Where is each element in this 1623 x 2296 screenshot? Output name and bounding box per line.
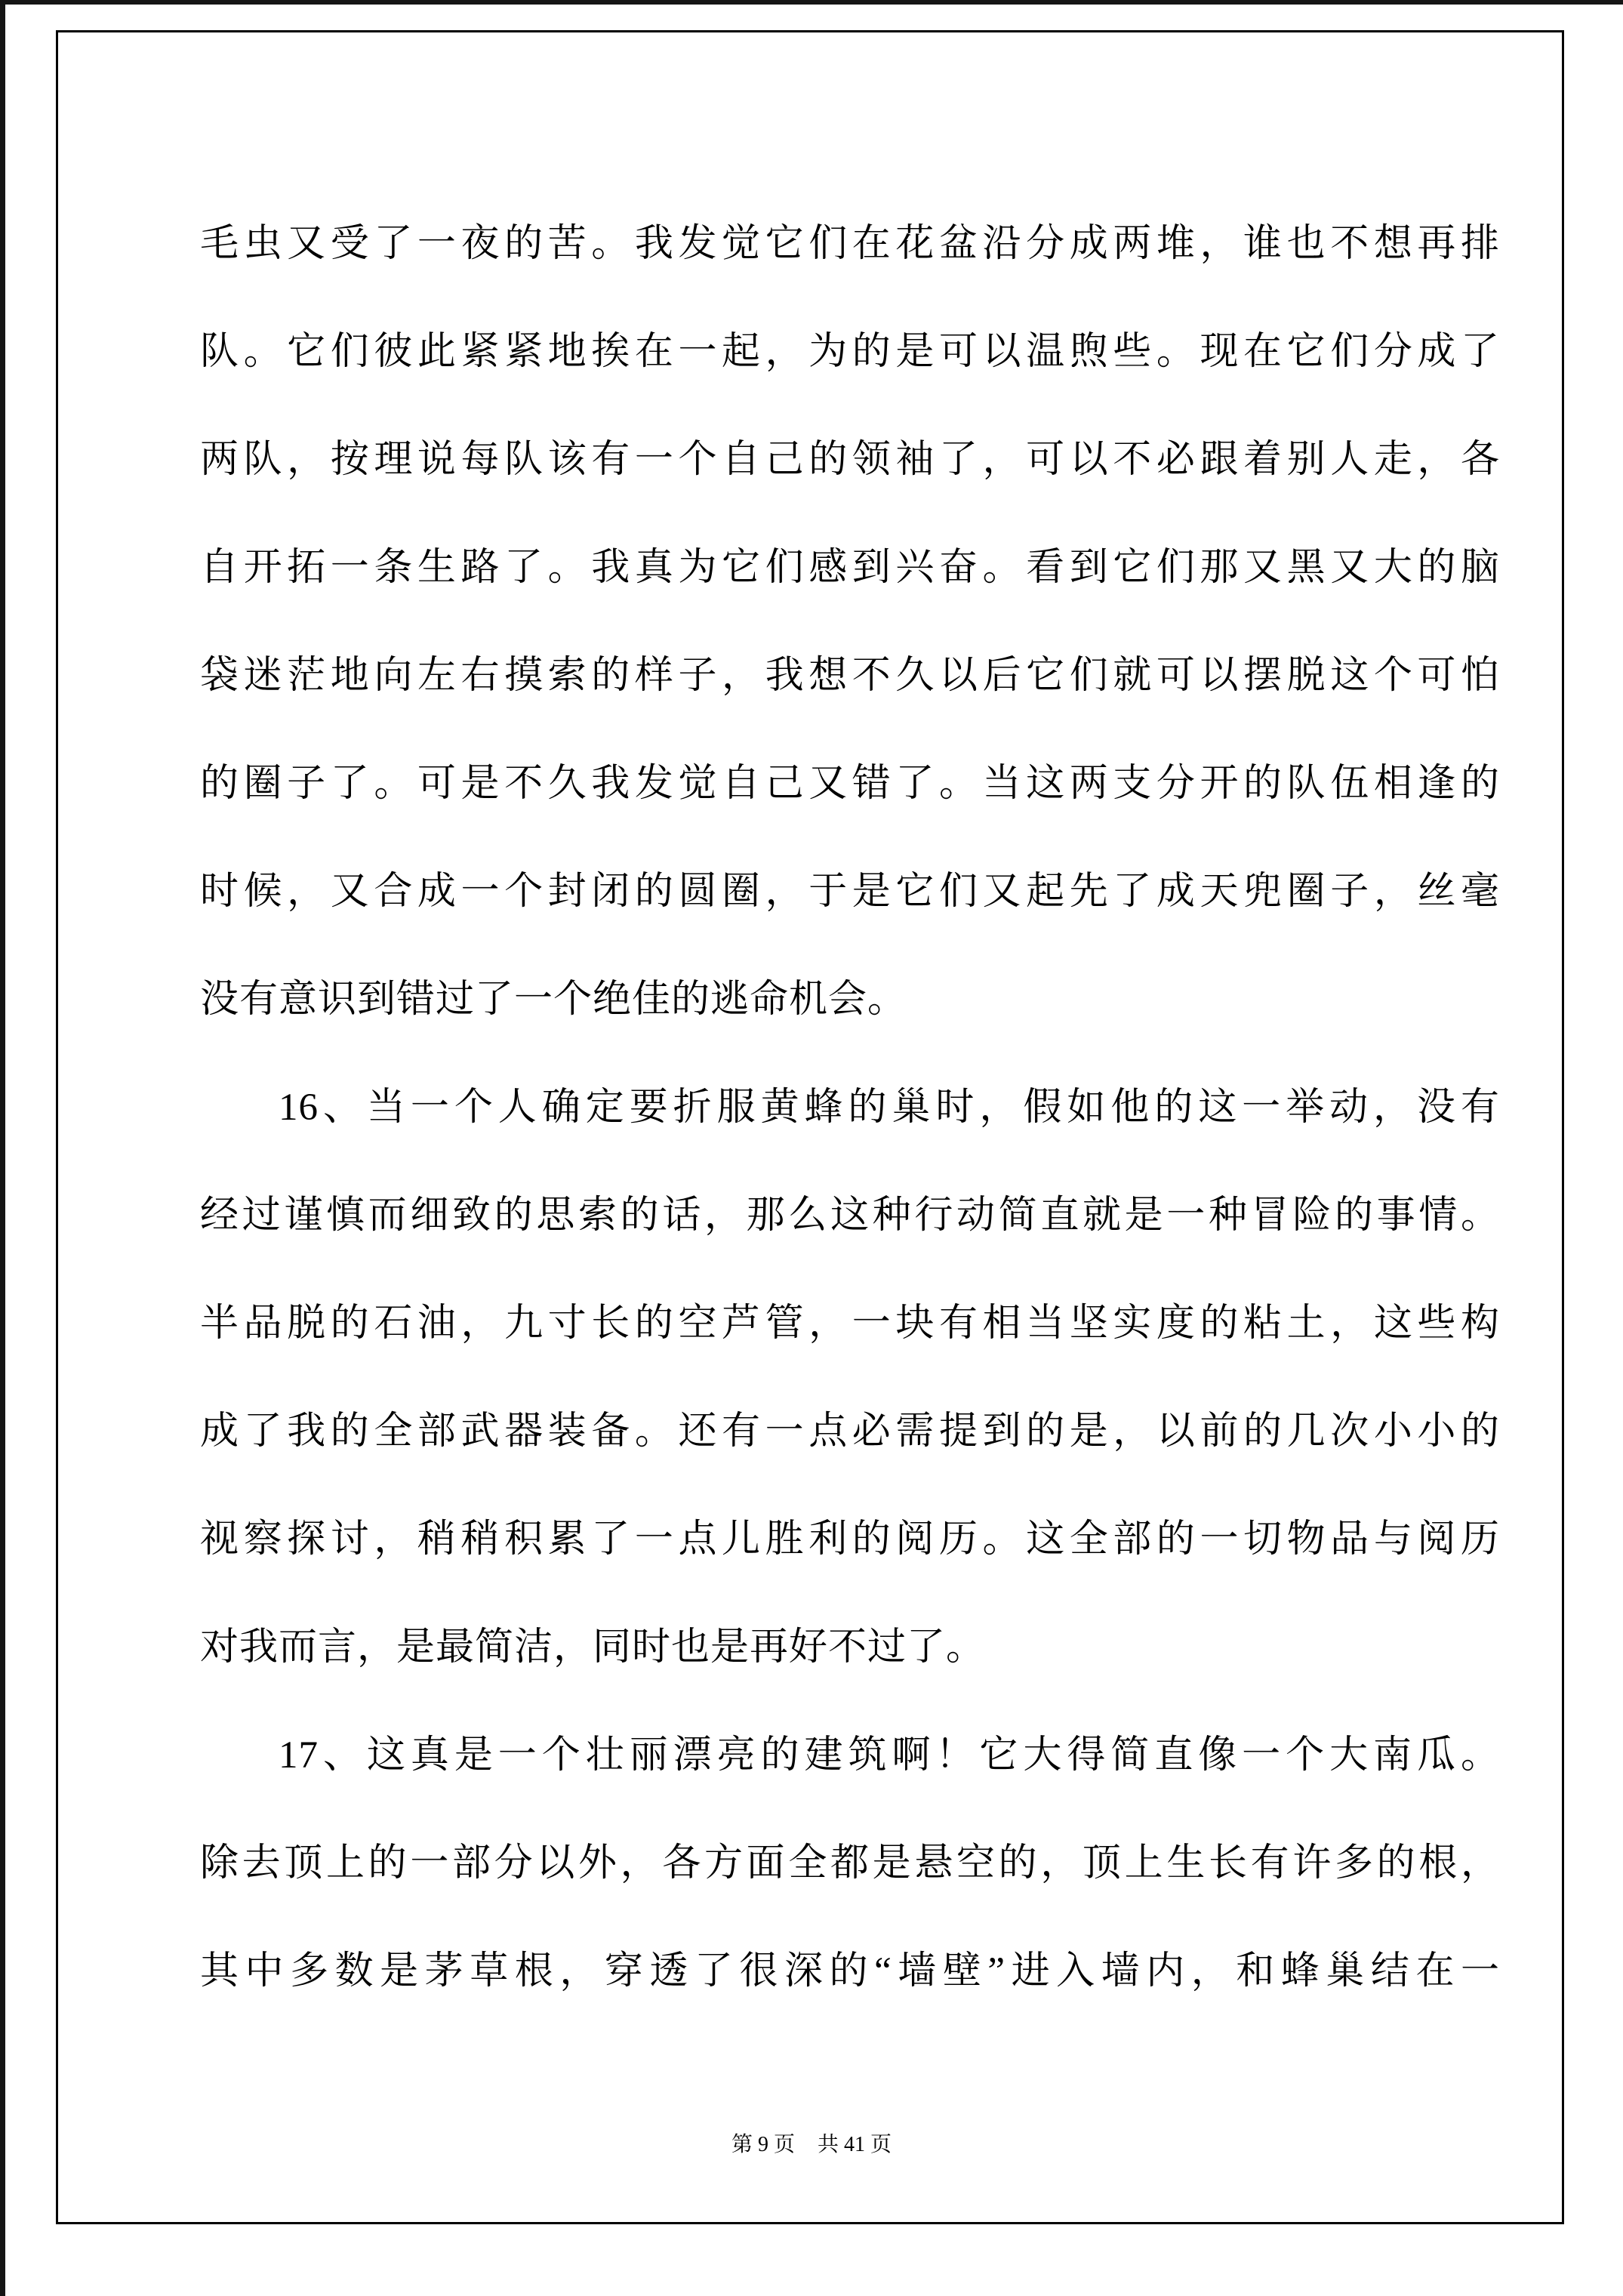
text-line: 自开拓一条生路了。我真为它们感到兴奋。看到它们那又黑又大的脑 <box>200 514 1500 622</box>
page: { "document": { "lines": [ { "text": "毛虫… <box>0 0 1623 2296</box>
text-line: 半品脱的石油，九寸长的空芦管，一块有相当坚实度的粘土，这些构 <box>200 1270 1500 1378</box>
text-line: 其中多数是茅草根，穿透了很深的“墙壁”进入墙内，和蜂巢结在一 <box>200 1918 1500 2026</box>
text-line: 的圈子了。可是不久我发觉自己又错了。当这两支分开的队伍相逢的 <box>200 730 1500 838</box>
text-line: 对我而言，是最简洁，同时也是再好不过了。 <box>200 1594 1500 1702</box>
footer-page-number: 第 9 页 <box>731 2128 795 2158</box>
scan-edge-top <box>0 0 1623 5</box>
text-line: 两队，按理说每队该有一个自己的领袖了，可以不必跟着别人走，各 <box>200 406 1500 514</box>
text-line: 袋迷茫地向左右摸索的样子，我想不久以后它们就可以摆脱这个可怕 <box>200 622 1500 730</box>
text-body: 毛虫又受了一夜的苦。我发觉它们在花盆沿分成两堆，谁也不想再排队。它们彼此紧紧地挨… <box>200 190 1500 2026</box>
text-line: 17、这真是一个壮丽漂亮的建筑啊！它大得简直像一个大南瓜。 <box>200 1702 1500 1810</box>
scan-edge-left <box>0 0 5 2296</box>
text-line: 除去顶上的一部分以外，各方面全都是悬空的，顶上生长有许多的根， <box>200 1810 1500 1918</box>
text-line: 队。它们彼此紧紧地挨在一起，为的是可以温煦些。现在它们分成了 <box>200 298 1500 406</box>
text-line: 没有意识到错过了一个绝佳的逃命机会。 <box>200 946 1500 1054</box>
text-line: 毛虫又受了一夜的苦。我发觉它们在花盆沿分成两堆，谁也不想再排 <box>200 190 1500 298</box>
text-line: 时候，又合成一个封闭的圆圈，于是它们又起先了成天兜圈子，丝毫 <box>200 838 1500 946</box>
text-line: 视察探讨，稍稍积累了一点儿胜利的阅历。这全部的一切物品与阅历 <box>200 1486 1500 1594</box>
text-line: 16、当一个人确定要折服黄蜂的巢时，假如他的这一举动，没有 <box>200 1054 1500 1162</box>
page-footer: 第 9 页共 41 页 <box>0 2128 1623 2158</box>
footer-total-pages: 共 41 页 <box>818 2128 892 2158</box>
text-line: 成了我的全部武器装备。还有一点必需提到的是，以前的几次小小的 <box>200 1378 1500 1486</box>
text-line: 经过谨慎而细致的思索的话，那么这种行动简直就是一种冒险的事情。 <box>200 1162 1500 1270</box>
